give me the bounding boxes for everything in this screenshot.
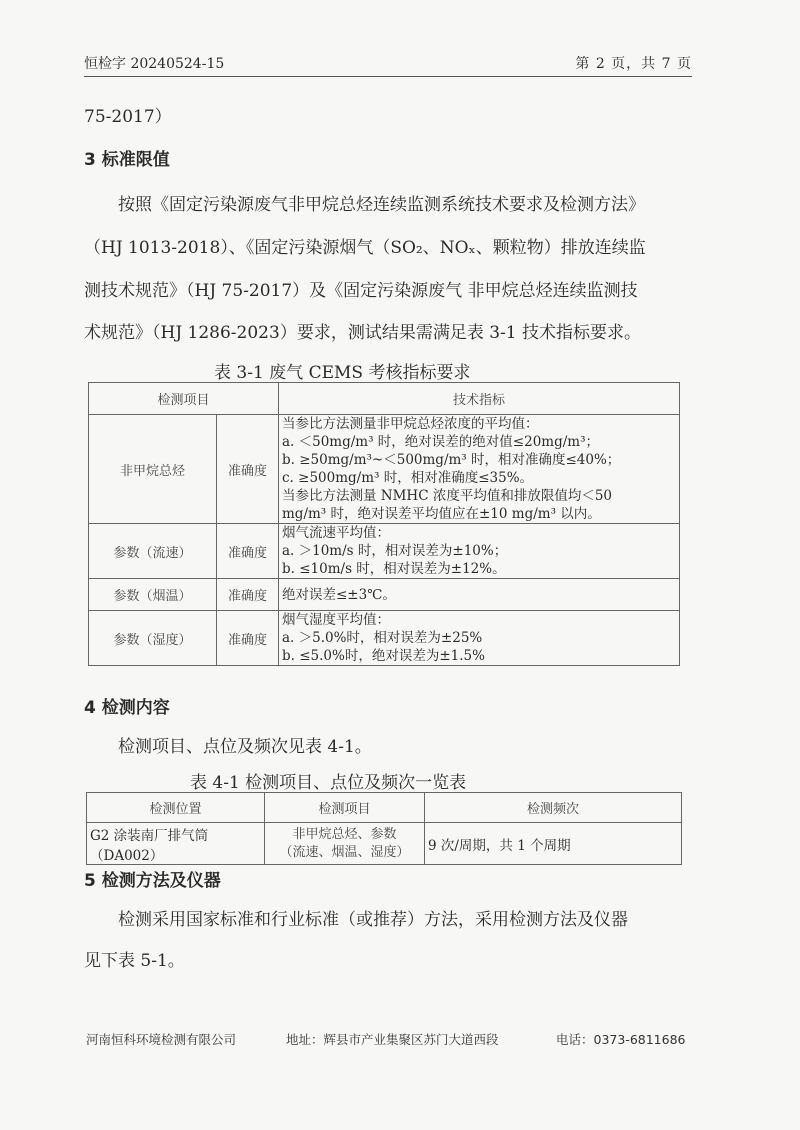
para-line: 测技术规范》（HJ 75-2017）及《固定污染源废气 非甲烷总烃连续监测技 <box>84 276 638 301</box>
spec-cell: 烟气湿度平均值： a. ＞5.0%时，相对误差为±25% b. ≤5.0%时，绝… <box>279 611 680 666</box>
items-cell: 非甲烷总烃、参数 （流速、烟温、湿度） <box>265 823 425 865</box>
para-line: 检测项目、点位及频次见表 4-1。 <box>118 732 372 757</box>
spec-line: a. ＞5.0%时，相对误差为±25% <box>282 629 676 647</box>
spec-line: 烟气流速平均值： <box>282 524 676 542</box>
section-5-heading: 5 检测方法及仪器 <box>84 866 221 891</box>
table-4-1-caption: 表 4-1 检测项目、点位及频次一览表 <box>190 768 466 793</box>
items-line: 非甲烷总烃、参数 <box>268 826 421 844</box>
table-3-1: 检测项目 技术指标 非甲烷总烃 准确度 当参比方法测量非甲烷总烃浓度的平均值： … <box>88 382 680 666</box>
spec-cell: 烟气流速平均值： a. ＞10m/s 时，相对误差为±10%； b. ≤10m/… <box>279 524 680 579</box>
footer-phone: 电话：0373-6811686 <box>556 1030 686 1048</box>
frequency-cell: 9 次/周期，共 1 个周期 <box>425 823 682 865</box>
doc-number: 恒检字 20240524-15 <box>84 53 224 73</box>
page-info: 第 2 页，共 7 页 <box>575 53 692 73</box>
spec-line: b. ≥50mg/m³~＜500mg/m³ 时，相对准确度≤40%； <box>282 451 676 469</box>
metric-cell: 准确度 <box>217 524 279 579</box>
location-cell: G2 涂装南厂排气筒（DA002） <box>87 823 265 865</box>
spec-cell: 当参比方法测量非甲烷总烃浓度的平均值： a. ＜50mg/m³ 时，绝对误差的绝… <box>279 415 680 524</box>
header-cell: 检测项目 <box>265 793 425 823</box>
section-3-heading: 3 标准限值 <box>84 145 170 170</box>
footer-address: 地址：辉县市产业集聚区苏门大道西段 <box>286 1030 499 1048</box>
spec-line: 当参比方法测量非甲烷总烃浓度的平均值： <box>282 415 676 433</box>
footer-company: 河南恒科环境检测有限公司 <box>86 1030 236 1048</box>
table-row: 参数（流速） 准确度 烟气流速平均值： a. ＞10m/s 时，相对误差为±10… <box>89 524 680 579</box>
items-line: （流速、烟温、湿度） <box>268 844 421 862</box>
continuation-text: 75-2017） <box>84 102 172 127</box>
table-row: 非甲烷总烃 准确度 当参比方法测量非甲烷总烃浓度的平均值： a. ＜50mg/m… <box>89 415 680 524</box>
table-row: 参数（烟温） 准确度 绝对误差≤±3℃。 <box>89 579 680 611</box>
spec-line: a. ＜50mg/m³ 时，绝对误差的绝对值≤20mg/m³； <box>282 433 676 451</box>
para-line: 见下表 5-1。 <box>84 946 185 971</box>
para-line: （HJ 1013-2018）、《固定污染源烟气（SO₂、NOₓ、颗粒物）排放连续… <box>84 233 646 258</box>
para-line: 术规范》（HJ 1286-2023）要求，测试结果需满足表 3-1 技术指标要求… <box>84 318 641 343</box>
spec-line: c. ≥500mg/m³ 时，相对准确度≤35%。 <box>282 469 676 487</box>
section-4-heading: 4 检测内容 <box>84 693 170 718</box>
item-cell: 非甲烷总烃 <box>89 415 217 524</box>
header-cell: 技术指标 <box>279 383 680 415</box>
header-cell: 检测频次 <box>425 793 682 823</box>
metric-cell: 准确度 <box>217 579 279 611</box>
spec-cell: 绝对误差≤±3℃。 <box>279 579 680 611</box>
spec-line: b. ≤5.0%时，绝对误差为±1.5% <box>282 647 676 665</box>
metric-cell: 准确度 <box>217 611 279 666</box>
spec-line: 当参比方法测量 NMHC 浓度平均值和排放限值均＜50 <box>282 487 676 505</box>
metric-cell: 准确度 <box>217 415 279 524</box>
spec-line: mg/m³ 时，绝对误差平均值应在±10 mg/m³ 以内。 <box>282 505 676 523</box>
table-header-row: 检测位置 检测项目 检测频次 <box>87 793 682 823</box>
item-cell: 参数（烟温） <box>89 579 217 611</box>
header-cell: 检测项目 <box>89 383 279 415</box>
para-line: 检测采用国家标准和行业标准（或推荐）方法，采用检测方法及仪器 <box>118 905 628 930</box>
table-row: 参数（湿度） 准确度 烟气湿度平均值： a. ＞5.0%时，相对误差为±25% … <box>89 611 680 666</box>
spec-line: a. ＞10m/s 时，相对误差为±10%； <box>282 542 676 560</box>
spec-line: b. ≤10m/s 时，相对误差为±12%。 <box>282 560 676 578</box>
page-header: 恒检字 20240524-15 第 2 页，共 7 页 <box>84 52 692 77</box>
spec-line: 绝对误差≤±3℃。 <box>282 586 676 604</box>
header-cell: 检测位置 <box>87 793 265 823</box>
document-page: 恒检字 20240524-15 第 2 页，共 7 页 75-2017） 3 标… <box>0 0 800 1130</box>
spec-line: 烟气湿度平均值： <box>282 611 676 629</box>
item-cell: 参数（湿度） <box>89 611 217 666</box>
table-header-row: 检测项目 技术指标 <box>89 383 680 415</box>
item-cell: 参数（流速） <box>89 524 217 579</box>
table-row: G2 涂装南厂排气筒（DA002） 非甲烷总烃、参数 （流速、烟温、湿度） 9 … <box>87 823 682 865</box>
table-4-1: 检测位置 检测项目 检测频次 G2 涂装南厂排气筒（DA002） 非甲烷总烃、参… <box>86 792 682 865</box>
table-3-1-caption: 表 3-1 废气 CEMS 考核指标要求 <box>214 358 470 383</box>
para-line: 按照《固定污染源废气非甲烷总烃连续监测系统技术要求及检测方法》 <box>118 190 645 215</box>
